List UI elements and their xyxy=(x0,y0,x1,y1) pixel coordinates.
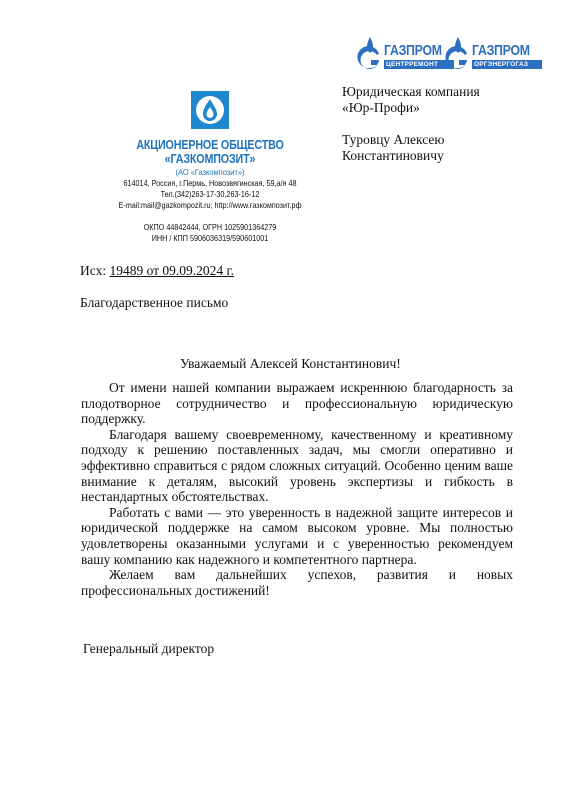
gazprom-orgenergogaz-logo: ГАЗПРОМ ОРГЭНЕРГОГАЗ xyxy=(445,33,542,69)
addressee-line3: Туровцу Алексею xyxy=(342,132,444,148)
addressee-line1: Юридическая компания xyxy=(342,84,480,100)
gazkompozit-flame-icon xyxy=(191,91,229,129)
company-okpo-ogrn: ОКПО 44842444, ОГРН 1025901364279 xyxy=(100,222,321,233)
gazprom-flame-icon xyxy=(357,35,383,69)
letter-greeting: Уважаемый Алексей Константинович! xyxy=(180,356,401,372)
gazprom-centrremont-logo: ГАЗПРОМ ЦЕНТРРЕМОНТ xyxy=(357,33,454,69)
company-header: АКЦИОНЕРНОЕ ОБЩЕСТВО «ГАЗКОМПОЗИТ» (АО «… xyxy=(80,138,340,244)
company-email-web: E-mail:mail@gazkompozit.ru; http://www.г… xyxy=(100,200,321,211)
gazprom-subtitle: ОРГЭНЕРГОГАЗ xyxy=(472,60,542,69)
company-title-line1: АКЦИОНЕРНОЕ ОБЩЕСТВО xyxy=(98,138,322,152)
gazprom-name: ГАЗПРОМ xyxy=(472,43,530,58)
gazprom-name: ГАЗПРОМ xyxy=(384,43,442,58)
gazprom-subtitle: ЦЕНТРРЕМОНТ xyxy=(384,60,454,69)
reference-number-date: 19489 от 09.09.2024 г. xyxy=(109,263,234,278)
company-title-line2: «ГАЗКОМПОЗИТ» xyxy=(98,152,322,166)
addressee-line2: «Юр-Профи» xyxy=(342,100,480,116)
addressee-person: Туровцу Алексею Константиновичу xyxy=(342,132,444,164)
letter-subject: Благодарственное письмо xyxy=(80,295,228,311)
gazprom-flame-icon xyxy=(445,35,471,69)
addressee-company: Юридическая компания «Юр-Профи» xyxy=(342,84,480,116)
outgoing-reference: Исх: 19489 от 09.09.2024 г. xyxy=(80,263,234,279)
paragraph: Благодаря вашему своевременному, качеств… xyxy=(81,427,513,505)
company-short-name: (АО «Газкомпозит») xyxy=(96,167,325,178)
letter-body: От имени нашей компании выражаем искренн… xyxy=(81,380,513,598)
reference-prefix: Исх: xyxy=(80,263,109,278)
company-phone: Тел.(342)263-17-30,263-16-12 xyxy=(100,189,321,200)
addressee-line4: Константиновичу xyxy=(342,148,444,164)
signature-title: Генеральный директор xyxy=(83,641,214,657)
company-address: 614014, Россия, г.Пермь, Новозвягинская,… xyxy=(100,178,321,189)
paragraph: Желаем вам дальнейших успехов, развития … xyxy=(81,567,513,598)
paragraph: Работать с вами — это уверенность в наде… xyxy=(81,505,513,567)
company-inn-kpp: ИНН / КПП 5906036319/590601001 xyxy=(100,233,321,244)
paragraph: От имени нашей компании выражаем искренн… xyxy=(81,380,513,427)
